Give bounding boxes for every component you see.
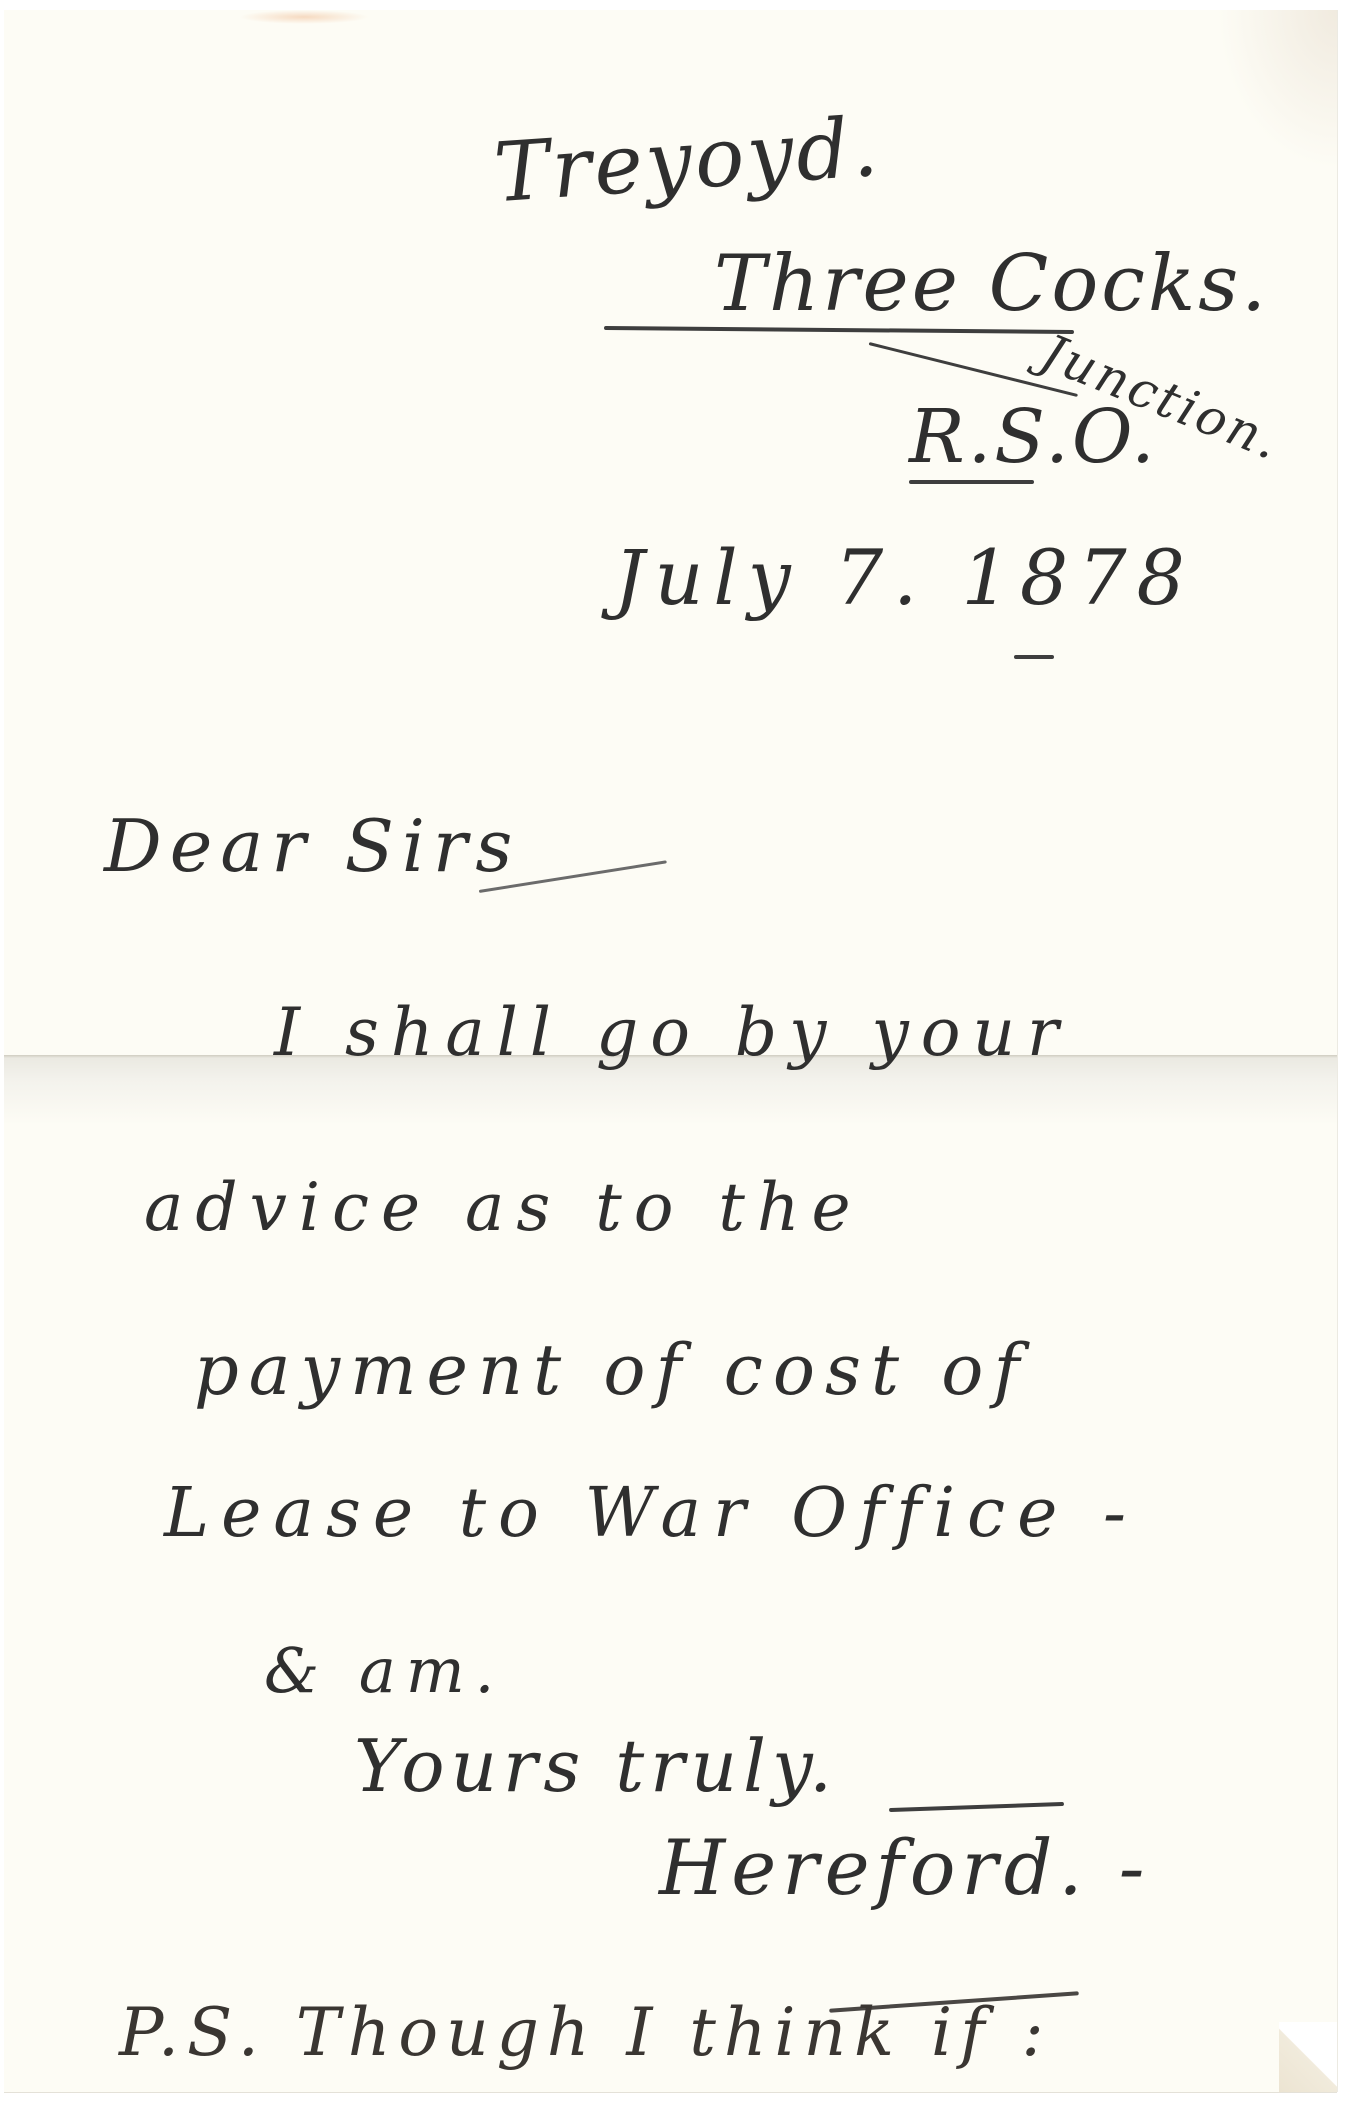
body-line-4: Lease to War Office - (164, 1480, 1138, 1548)
postscript: P.S. Though I think if : (119, 2000, 1052, 2066)
address-line-1: Treyoyd. (492, 107, 884, 216)
paper-discoloration (1217, 10, 1337, 170)
closing: Yours truly. (354, 1730, 838, 1802)
address-line-3: R.S.O. (909, 400, 1158, 474)
paper-stain (239, 10, 369, 24)
folded-corner (1279, 2022, 1337, 2092)
body-line-5: & am. (264, 1640, 504, 1702)
salutation: Dear Sirs (104, 810, 520, 882)
date-underline (1014, 655, 1054, 659)
letter-page: Treyoyd. Three Cocks. Junction. R.S.O. J… (4, 10, 1337, 2092)
address-line-2: Three Cocks. (714, 245, 1269, 323)
scan-background: Treyoyd. Three Cocks. Junction. R.S.O. J… (0, 0, 1348, 2107)
signature: Hereford. - (659, 1830, 1150, 1906)
letter-date: July 7. 1878 (614, 540, 1195, 616)
body-line-1: I shall go by your (274, 1000, 1071, 1066)
address-line-3-underline (909, 480, 1034, 484)
body-line-3: payment of cost of (194, 1335, 1029, 1405)
closing-flourish (889, 1802, 1064, 1812)
body-line-2: advice as to the (144, 1175, 863, 1241)
